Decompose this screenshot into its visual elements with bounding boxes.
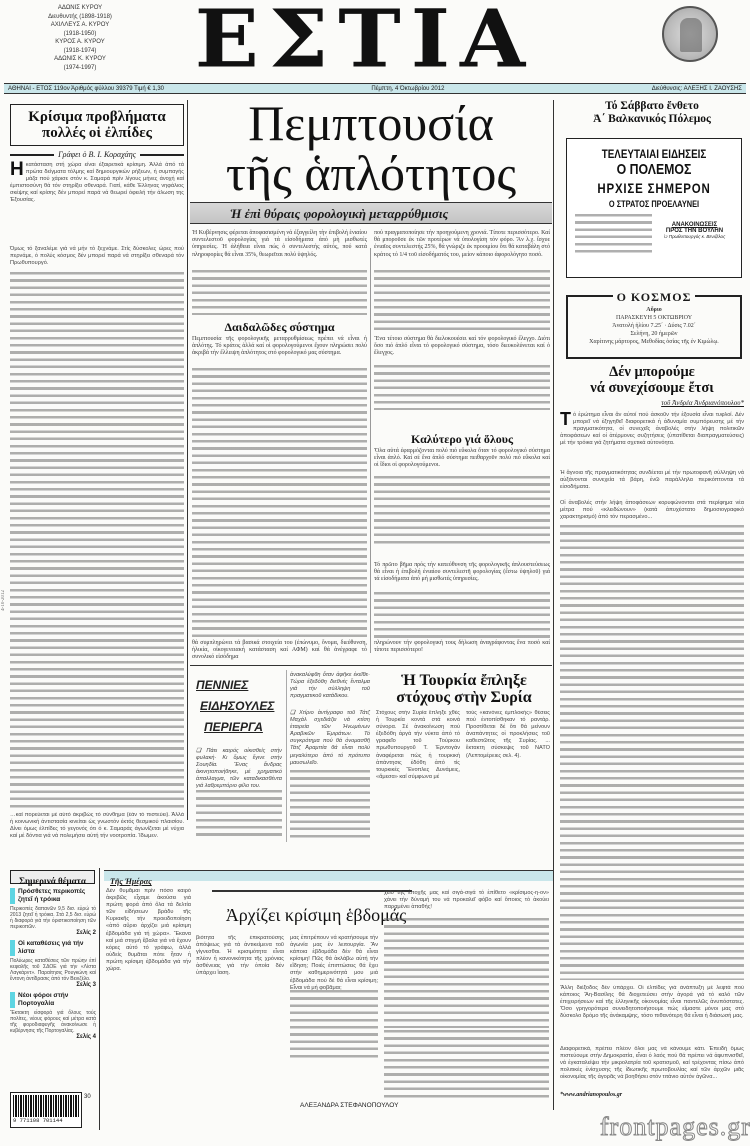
- main-headline: Πεμπτουσία τῆς ἁπλότητος: [190, 98, 552, 198]
- tis-imeras-col3-body: [290, 990, 378, 1060]
- section-title-kalytero: Καλύτερο γιά ὅλους: [374, 432, 550, 447]
- tis-imeras-col2: βιότητα τῆς ἐπικρατούσης ἀπόψεως γιά τά …: [196, 935, 284, 1115]
- main-col1-body: [192, 270, 367, 315]
- opinion-body: [560, 525, 744, 980]
- barcode: 9 771108 701144: [10, 1092, 82, 1128]
- vintage-line3: ΗΡΧΙΣΕ ΣΗΜΕΡΟΝ: [583, 179, 726, 197]
- column-divider: [286, 670, 287, 842]
- opinion-para2: Ἡ ἄγνοια τῆς πραγματικότητας συνδέεται μ…: [560, 470, 744, 491]
- vintage-body: [575, 214, 652, 254]
- founder-3: ΚΥΡΟΣ Α. ΚΥΡΟΥ(1918-1974): [30, 38, 130, 55]
- left-article-byline-row: Γράφει ὁ Β. Ι. Κοραχάης: [10, 150, 184, 159]
- barcode-number: 9 771108 701144: [13, 1117, 79, 1124]
- vintage-line2: Ο ΠΟΛΕΜΟΣ: [583, 161, 726, 179]
- column-divider: [370, 248, 371, 653]
- gossip-item-2: ἀνακαλύφθη ὅταν ἀφῆκε ἐκεῖθε· Τώρα ἐξεδό…: [290, 672, 370, 700]
- main-col2-body-4: [374, 592, 550, 640]
- section-title-daidalodes: Δαιδαλῶδες σύστημα: [192, 320, 367, 335]
- gossip-item-3: ❑ Χτίριο ἀντίγραφο τοῦ Τάτζ Μαχάλ σχεδιά…: [290, 710, 370, 767]
- main-subhead: Ἡ ἐπὶ θύραις φορολογικὴ μεταρρύθμισις: [190, 203, 552, 224]
- founder-1: ΑΔΩΝΙΣ ΚΥΡΟΥΔιευθυντής (1898-1918): [30, 4, 130, 21]
- sidebar-topic-2[interactable]: Οἱ καταθέσεις γιά τήν λίστα Πολύωρες κατ…: [10, 940, 96, 988]
- opinion-para3: Οἱ ἀναβολές στήν λήψη ἀποφάσεων κορυφώνο…: [560, 500, 744, 521]
- column-divider: [99, 868, 100, 1130]
- kosmos-sun: Ἀνατολή ἡλίου 7.25΄ · Δύσις 7.02΄: [568, 322, 740, 330]
- sidebar-title-box: Σημερινά θέματα: [10, 870, 95, 884]
- founder-4: ΑΔΩΝΙΣ Κ. ΚΥΡΟΥ(1974-1997): [30, 55, 130, 72]
- vintage-front-page-box: ΤΕΛΕΥΤΑΙΑΙ ΕΙΔΗΣΕΙΣ Ο ΠΟΛΕΜΟΣ ΗΡΧΙΣΕ ΣΗΜ…: [566, 138, 742, 278]
- turkey-headline: Ἡ Τουρκία ἔπληξε στόχους στὴν Συρία: [376, 672, 552, 706]
- tis-imeras-col3: μας ἐπιτρέπουν νά κρατήσουμε τήν ἀγωνία …: [290, 935, 378, 992]
- issue-info: ΑΘΗΝΑΙ - ΕΤΟΣ 119ον Άριθμός φύλλου 39379…: [8, 84, 164, 93]
- kosmos-saints: Χαρίτινης μάρτυρος, Μεθοδίας ὁσίας τῆς ἐ…: [568, 338, 740, 346]
- gossip-item-1-body: [196, 790, 282, 840]
- tis-imeras-col4-body: [384, 918, 549, 1028]
- margin-mark: 4-10-2012: [1, 590, 6, 611]
- main-col2-bottom: Τό πρῶτο βῆμα πρός τήν κατεύθυνση τῆς φο…: [374, 562, 550, 584]
- founder-2: ΑΧΙΛΛΕΥΣ Α. ΚΥΡΟΥ(1918-1950): [30, 21, 130, 38]
- issue-date: Πέμπτη, 4 Όκτωβρίου 2012: [371, 84, 444, 93]
- emblem-seal-icon: [662, 6, 718, 62]
- sidebar-topic-3[interactable]: Νέοι φόροι στήν Πορτογαλία Ἔκτακτη εἰσφο…: [10, 992, 96, 1040]
- left-article-closing: …καί πορεύεται μέ αύτό άκριβώς τό σύνθημ…: [10, 812, 184, 850]
- left-article-title: Κρίσιμα προβλήματα πολλές οἱ ἐλπίδες: [11, 105, 183, 141]
- newspaper-masthead: ΕΣΤΙΑ: [130, 0, 600, 82]
- main-subhead-bar: Ἡ ἐπὶ θύραις φορολογικὴ μεταρρύθμισις: [190, 202, 552, 224]
- gossip-title-lines: ΠΕΝΝΙΕΣ ΕΙΔΗΣΟΥΛΕΣ ΠΕΡΙΕΡΓΑ: [196, 675, 284, 738]
- divider: [190, 665, 552, 666]
- opinion-para4: Ἄλλη διέξοδος δέν ὑπάρχει. Οἱ ἐλπίδες γι…: [560, 985, 744, 1043]
- kosmos-box: Ο ΚΟΣΜΟΣ Αὔριο ΠΑΡΑΣΚΕΥΗ 5 ΟΚΤΩΒΡΙΟΥ Ἀνα…: [566, 295, 742, 359]
- tis-imeras-label: Τῆς Ἡμέρας: [104, 877, 152, 886]
- main-col1-body-2: [192, 368, 367, 638]
- turkey-col1: Στόχους στήν Συρία ἔπληξε χθές ἡ Τουρκία…: [376, 710, 460, 840]
- vintage-announcement: ΑΝΑΚΟΙΝΩΣΕΙΣ ΠΡΟΣ ΤΗΝ ΒΟΥΛΗΝ Ὁ Πρωθυπουρ…: [656, 214, 733, 254]
- barcode-issue: 30: [84, 1094, 91, 1100]
- section-text-daidalodes: Πεμπτουσία τῆς φορολογικῆς μεταρρυθμίσεω…: [192, 336, 367, 358]
- gossip-item-1: ❑ Πάει καιρός οἰκισθείς στήν φυλακή· Κι …: [196, 748, 282, 791]
- left-article-byline: Γράφει ὁ Β. Ι. Κοραχάης: [58, 150, 136, 159]
- tis-imeras-author: ΑΛΕΞΑΝΔΡΑ ΣΤΕΦΑΝΟΠΟΥΛΟΥ: [300, 1102, 398, 1109]
- kosmos-label: Αὔριο: [568, 306, 740, 314]
- gossip-item-3-body: [290, 770, 370, 840]
- tis-imeras-bar: Τῆς Ἡμέρας: [104, 870, 553, 881]
- tis-imeras-col4: χεῖο τῆς ἐποχῆς μας καί σιγά-σιγά τό ἐπί…: [384, 890, 549, 911]
- left-article-title-box: Κρίσιμα προβλήματα πολλές οἱ ἐλπίδες: [10, 104, 184, 146]
- section-text-kalytero: Ὅλα αὐτά ἐφαρμόζονται πολύ πιό εὔκολα ὅτ…: [374, 448, 550, 470]
- main-col2-body-2: [374, 365, 550, 410]
- kosmos-date: ΠΑΡΑΣΚΕΥΗ 5 ΟΚΤΩΒΡΙΟΥ: [568, 314, 740, 322]
- gossip-box-title: ΠΕΝΝΙΕΣ ΕΙΔΗΣΟΥΛΕΣ ΠΕΡΙΕΡΓΑ: [196, 675, 284, 743]
- barcode-icon: [13, 1095, 79, 1117]
- sidebar-title: Σημερινά θέματα: [19, 876, 86, 886]
- vintage-line1: ΤΕΛΕΥΤΑΙΑΙ ΕΙΔΗΣΕΙΣ: [583, 139, 726, 161]
- founders-list: ΑΔΩΝΙΣ ΚΥΡΟΥΔιευθυντής (1898-1918) ΑΧΙΛΛ…: [30, 4, 130, 72]
- left-article-para2: Όμως τό ξαναλέμε γιά νά μήν τό ξεχνάμε. …: [10, 246, 184, 267]
- director-info: Διεύθυνσις: ΑΛΕΞΗΣ Ι. ΖΑΟΥΣΗΣ: [652, 84, 742, 93]
- sidebar-topics: Πρόσθετες περικοπές ζητεῖ ἡ τρόικα Περικ…: [10, 888, 96, 1040]
- kosmos-moon: Σελήνη, 20 ἡμερῶν: [568, 330, 740, 338]
- kosmos-title: Ο ΚΟΣΜΟΣ: [613, 290, 696, 304]
- supplement-notice: Τό Σάββατο ἔνθετο Ἀ΄ Βαλκανικός Πόλεμος: [558, 100, 746, 126]
- tis-imeras-col4-body-2: [384, 1030, 549, 1100]
- main-closing-left: θά συμπληρώνει τά βασικά στοιχεία του (ἐ…: [192, 640, 367, 662]
- main-col2-body: [374, 270, 550, 330]
- opinion-para5: Διαφορετικά, πρέπει πλέον ὅλοι μας νά κά…: [560, 1046, 744, 1090]
- opinion-headline: Δέν μπορούμε νά συνεχίσουμε ἔτσι: [558, 364, 746, 396]
- main-col2-lead: πού πραγματοποίησε τήν προηγούμενη χρονι…: [374, 230, 550, 259]
- watermark: frontpages.gr: [600, 1112, 750, 1142]
- main-col2-body-3: [374, 476, 550, 546]
- sidebar-topic-1[interactable]: Πρόσθετες περικοπές ζητεῖ ἡ τρόικα Περικ…: [10, 888, 96, 936]
- dropcap: Η: [10, 162, 24, 178]
- opinion-byline: τοῦ Ἀνδρέα Ἀνδριανόπουλου*: [600, 399, 744, 407]
- vintage-line4: Ο ΣΤΡΑΤΟΣ ΠΡΟΕΛΑΥΝΕΙ: [583, 197, 726, 212]
- column-divider: [187, 100, 188, 820]
- main-col1-lead: Ἡ Κυβέρνησις φέρεται ἀποφασισμένη νά ἐξα…: [192, 230, 367, 259]
- dropcap: Τ: [560, 412, 571, 427]
- column-divider: [553, 100, 554, 1110]
- left-article-body: [10, 272, 184, 812]
- opinion-lead: Τ ό ἐρώτημα εἶναι ἄν αὐτοί πού ἀσκοῦν τή…: [560, 412, 744, 447]
- tis-imeras-col1: Δέν θυμᾶμαι πρίν πόσο καιρό ἀκριβῶς εἶχα…: [106, 888, 191, 1118]
- opinion-footnote: *www.andrianopoulos.gr: [560, 1092, 622, 1098]
- main-col2-mid: Ἕνα τέτοιο σύστημα θά διελοκουέσει καί τ…: [374, 336, 550, 358]
- date-bar: ΑΘΗΝΑΙ - ΕΤΟΣ 119ον Άριθμός φύλλου 39379…: [4, 83, 746, 94]
- left-article-lead: Η κατάσταση στή χώρα είναι έξαιρετικά κρ…: [10, 162, 184, 205]
- divider: [212, 890, 412, 892]
- turkey-col2: τούς «κανόνες ἐμπλοκής» θέσεις πού ἐντοπ…: [466, 710, 550, 840]
- main-closing-right: πληρώνουν τήν φορολογική τους δήλωση ἀνα…: [374, 640, 550, 654]
